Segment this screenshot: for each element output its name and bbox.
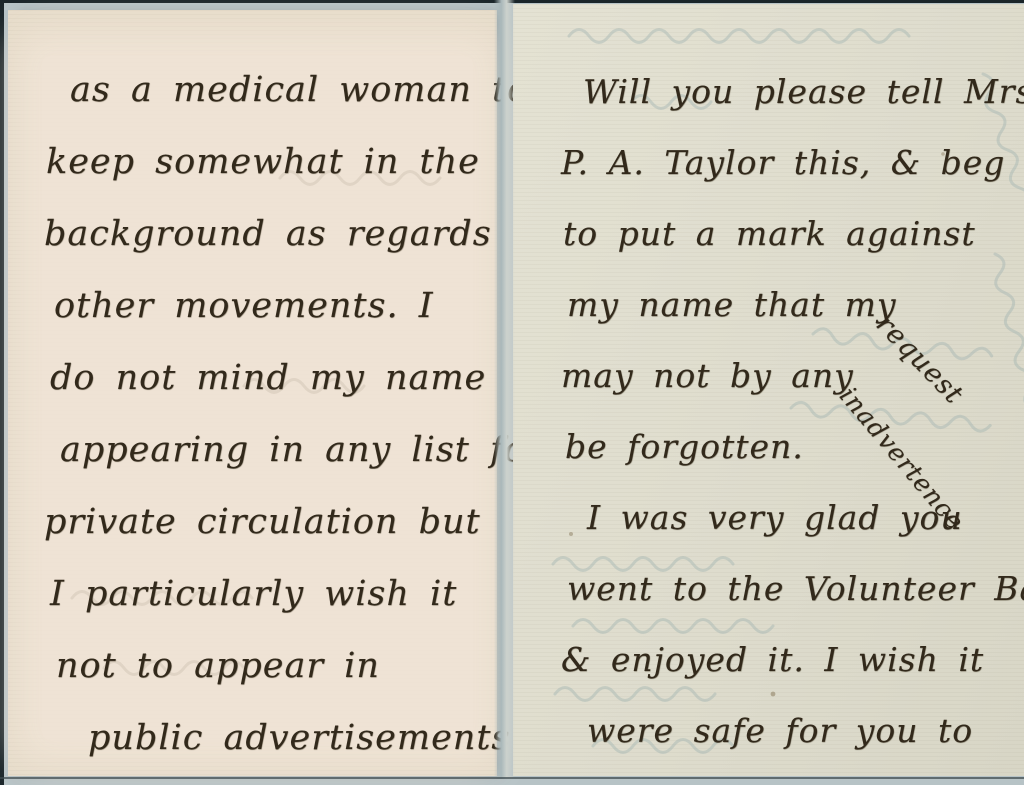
handwritten-line: not to appear in [56,630,497,702]
center-fold [494,0,515,779]
left-page-text: as a medical woman to keep somewhat in t… [8,10,497,774]
handwritten-line: P. A. Taylor this, & beg her [561,127,1024,198]
handwritten-line: private circulation but [44,486,497,558]
handwritten-line: were safe for you to [587,695,1024,766]
handwritten-line: other movements. I [54,270,497,342]
page-bottom-edge [0,777,1024,779]
handwritten-line: went to the Volunteer Ball [567,553,1024,624]
handwritten-line: Will you please tell Mrs [583,56,1024,127]
handwritten-line: I particularly wish it [50,558,497,630]
handwritten-line: appearing in any list for [60,414,497,486]
letter-page-right: Will you please tell Mrs P. A. Taylor th… [513,4,1024,776]
scanned-letter: as a medical woman to keep somewhat in t… [0,0,1024,785]
handwritten-line: background as regards [44,198,497,270]
handwritten-line: do not mind my name [50,342,497,414]
handwritten-line: keep somewhat in the [46,126,497,198]
handwritten-line: as a medical woman to [70,54,497,126]
handwritten-line: & enjoyed it. I wish it [561,624,1024,695]
handwritten-line: my name that my [567,269,1024,340]
handwritten-line: public advertisements. [88,702,497,774]
handwritten-line: be forgotten. [565,411,1024,482]
letter-page-left: as a medical woman to keep somewhat in t… [8,10,497,776]
handwritten-line: to put a mark against [563,198,1024,269]
